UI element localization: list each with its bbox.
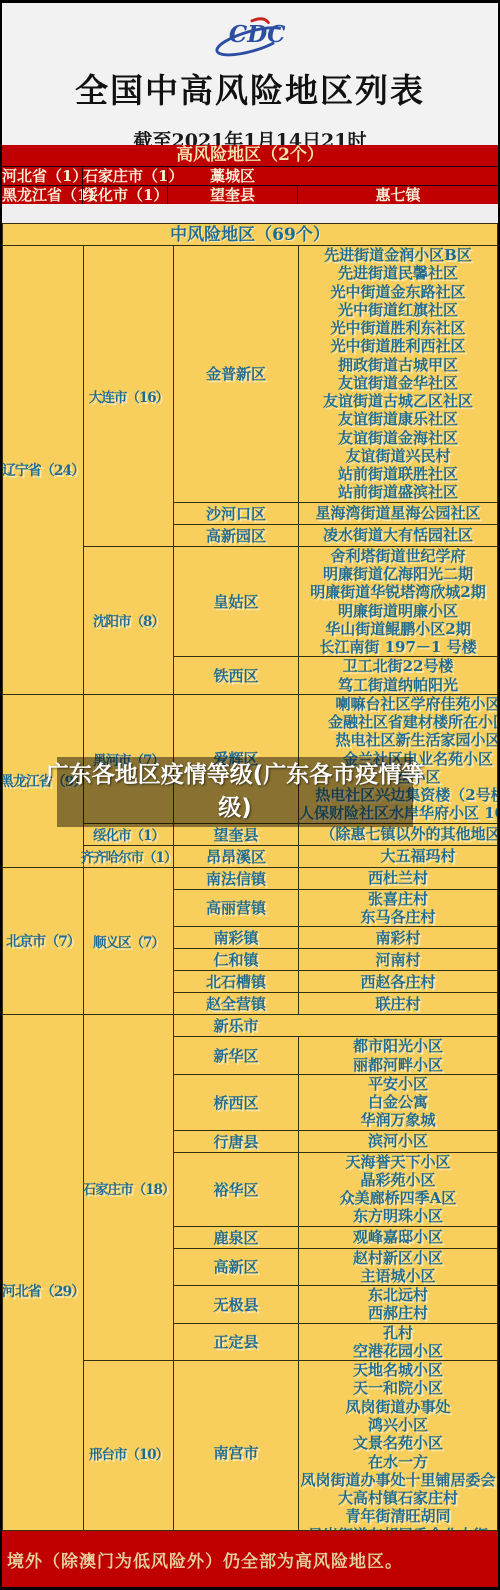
community-line: 凤岗街道办事处十里铺居委会 (299, 1471, 497, 1489)
community-line: 友谊街道金华社区 (299, 374, 497, 392)
community-line: 站前街道盛滨社区 (299, 483, 497, 501)
province-cell: 黑龙江省（1） (2, 185, 82, 204)
city-group: 大连市（16）金普新区先进街道金润小区B区先进街道民馨社区光中街道金东路社区光中… (83, 246, 497, 694)
community-line: 观峰嘉邸小区 (299, 1228, 497, 1246)
page: CDC 全国中高风险地区列表 截至2021年1月14日21时 高风险地区（2个）… (0, 0, 500, 1590)
district-row: 行唐县滨河小区 (173, 1130, 497, 1152)
community-list: 张喜庄村东马各庄村 (298, 890, 497, 927)
community-line: 华山街道鲲鹏小区2期 (299, 620, 497, 638)
community-line: 河南村 (299, 951, 497, 969)
district-row: 鹿泉区观峰嘉邸小区 (173, 1226, 497, 1248)
district-cell: 鹿泉区 (173, 1227, 298, 1248)
community-line: （除惠七镇以外的其他地区） (299, 825, 498, 843)
city-cell: 顺义区（7） (83, 868, 173, 1015)
district-cell: 沙河口区 (173, 503, 298, 524)
community-list: 天地名城小区天一和院小区凤岗街道办事处鸿兴小区文景名苑小区在水一方凤岗街道办事处… (298, 1361, 497, 1531)
community-line: 孔村 (299, 1324, 497, 1342)
community-list: 南彩村 (298, 927, 497, 948)
community-line: 热电社区新生活家园小区 (299, 731, 498, 749)
community-line: 卫工北街22号楼 (299, 657, 497, 675)
community-line: 星海湾街道星海公园社区 (299, 504, 497, 522)
district-cell: 赵全营镇 (173, 993, 298, 1014)
footer-bar: 境外（除澳门为低风险外）仍全部为高风险地区。 (2, 1531, 498, 1590)
high-risk-table: 高风险地区（2个） 河北省（1） 石家庄市（1） 藁城区 黑龙江省（1） 绥化市… (2, 145, 498, 204)
district-cell: 铁西区 (173, 657, 298, 694)
district-group: 皇姑区舍利塔街道世纪学府明廉街道亿海阳光二期明廉街道华锐塔湾欣城2期明廉街道明廉… (173, 547, 497, 694)
community-line: 先进街道金润小区B区 (299, 246, 497, 264)
city-cell: 石家庄市（1） (82, 166, 167, 185)
community-line: 明廉街道华锐塔湾欣城2期 (299, 583, 497, 601)
district-row: 北石槽镇西赵各庄村 (173, 970, 497, 992)
province-cell: 河北省（1） (2, 166, 82, 185)
community-list: 大五福玛村 (298, 846, 498, 867)
community-list: 都市阳光小区丽都河畔小区 (298, 1037, 497, 1074)
page-title: 全国中高风险地区列表 (2, 65, 498, 112)
district-row: 高新区赵村新区小区主语城小区 (173, 1248, 497, 1286)
district-row: 仁和镇河南村 (173, 948, 497, 970)
footer-note: 境外（除澳门为低风险外）仍全部为高风险地区。 (2, 1547, 403, 1572)
city-row: 邢台市（10）南宫市天地名城小区天一和院小区凤岗街道办事处鸿兴小区文景名苑小区在… (83, 1360, 497, 1531)
community-line: 友谊街道康乐社区 (299, 410, 497, 428)
community-list: 凌水街道大有恬园社区 (298, 525, 497, 546)
district-group: 南宫市天地名城小区天一和院小区凤岗街道办事处鸿兴小区文景名苑小区在水一方凤岗街道… (173, 1361, 497, 1531)
district-cell: 行唐县 (173, 1131, 298, 1152)
city-group: 石家庄市（18）新乐市新华区都市阳光小区丽都河畔小区桥西区平安小区白金公寓华润万… (83, 1015, 497, 1531)
community-line: 青年街清旺胡同 (299, 1507, 497, 1525)
city-cell: 邢台市（10） (83, 1361, 173, 1531)
district-cell: 桥西区 (173, 1075, 298, 1130)
community-line: 天一和院小区 (299, 1379, 497, 1397)
province-row: 河北省（29）石家庄市（18）新乐市新华区都市阳光小区丽都河畔小区桥西区平安小区… (3, 1014, 497, 1531)
city-row: 齐齐哈尔市（1）昂昂溪区大五福玛村 (83, 845, 498, 867)
district-row: 皇姑区舍利塔街道世纪学府明廉街道亿海阳光二期明廉街道华锐塔湾欣城2期明廉街道明廉… (173, 547, 497, 657)
district-cell: 北石槽镇 (173, 971, 298, 992)
district-cell: 南彩镇 (173, 927, 298, 948)
community-line: 光中街道红旗社区 (299, 301, 497, 319)
cdc-logo-text: CDC (229, 21, 286, 48)
district-row: 南彩镇南彩村 (173, 926, 497, 948)
city-cell: 大连市（16） (83, 246, 173, 546)
community-line: 大五福玛村 (299, 847, 498, 865)
city-row: 顺义区（7）南法信镇西杜兰村高丽营镇张喜庄村东马各庄村南彩镇南彩村仁和镇河南村北… (83, 868, 497, 1015)
community-list: 舍利塔街道世纪学府明廉街道亿海阳光二期明廉街道华锐塔湾欣城2期明廉街道明廉小区华… (298, 547, 497, 657)
community-line: 明廉街道亿海阳光二期 (299, 565, 497, 583)
district-row: 金普新区先进街道金润小区B区先进街道民馨社区光中街道金东路社区光中街道红旗社区光… (173, 246, 497, 502)
header-card: CDC 全国中高风险地区列表 截至2021年1月14日21时 (2, 3, 498, 145)
community-line: 东方明珠小区 (299, 1207, 497, 1225)
community-line: 友谊街道兴民村 (299, 447, 497, 465)
community-list: 天海誉天下小区晶彩苑小区众美廊桥四季A区东方明珠小区 (298, 1153, 497, 1226)
city-row: 大连市（16）金普新区先进街道金润小区B区先进街道民馨社区光中街道金东路社区光中… (83, 246, 497, 546)
city-cell: 石家庄市（18） (83, 1015, 173, 1360)
city-row: 沈阳市（8）皇姑区舍利塔街道世纪学府明廉街道亿海阳光二期明廉街道华锐塔湾欣城2期… (83, 546, 497, 694)
city-cell: 齐齐哈尔市（1） (83, 846, 173, 867)
cdc-logo-icon: CDC (201, 11, 300, 57)
community-line: 东北远村 (299, 1286, 497, 1304)
community-line: 光中街道金东路社区 (299, 283, 497, 301)
city-row: 石家庄市（18）新乐市新华区都市阳光小区丽都河畔小区桥西区平安小区白金公寓华润万… (83, 1015, 497, 1360)
community-line: 天海誉天下小区 (299, 1153, 497, 1171)
community-line: 晶彩苑小区 (299, 1171, 497, 1189)
community-list: 滨河小区 (298, 1131, 497, 1152)
district-cell: 望奎县 (167, 185, 297, 204)
community-line: 东马各庄村 (299, 908, 497, 926)
watermark-caption: 广东各地区疫情等级(广东各市疫情等 级) (57, 757, 413, 827)
community-line: 华润万象城 (299, 1111, 497, 1129)
community-line: 西赵各庄村 (299, 973, 497, 991)
district-cell: 新乐市 (173, 1015, 298, 1036)
community-line: 都市阳光小区 (299, 1037, 497, 1055)
district-cell: 昂昂溪区 (173, 846, 298, 867)
community-line: 张喜庄村 (299, 890, 497, 908)
district-cell: 高丽营镇 (173, 890, 298, 927)
community-line: 明廉街道明廉小区 (299, 602, 497, 620)
community-list (298, 1015, 497, 1036)
district-cell: 无极县 (173, 1286, 298, 1323)
district-cell: 正定县 (173, 1324, 298, 1361)
community-line: 拥政街道古城甲区 (299, 356, 497, 374)
community-line: 赵村新区小区 (299, 1249, 497, 1267)
community-line: 文景名苑小区 (299, 1434, 497, 1452)
community-line: 凤岗街道办事处 (299, 1398, 497, 1416)
community-list: 卫工北街22号楼笃工街道纳帕阳光 (298, 657, 497, 694)
town-cell (297, 166, 498, 185)
community-line: 鸿兴小区 (299, 1416, 497, 1434)
province-row: 北京市（7）顺义区（7）南法信镇西杜兰村高丽营镇张喜庄村东马各庄村南彩镇南彩村仁… (3, 867, 497, 1015)
community-line: 友谊街道金海社区 (299, 429, 497, 447)
community-line: 先进街道民馨社区 (299, 264, 497, 282)
community-list: 西赵各庄村 (298, 971, 497, 992)
community-line: 喇嘛台社区学府佳苑小区 (299, 695, 498, 713)
district-row: 高新园区凌水街道大有恬园社区 (173, 524, 497, 546)
community-line: 站前街道联胜社区 (299, 465, 497, 483)
community-list: 观峰嘉邸小区 (298, 1227, 497, 1248)
community-line: 在水一方 (299, 1453, 497, 1471)
district-row: 赵全营镇联庄村 (173, 992, 497, 1014)
district-cell: 新华区 (173, 1037, 298, 1074)
community-line: 平安小区 (299, 1075, 497, 1093)
city-group: 顺义区（7）南法信镇西杜兰村高丽营镇张喜庄村东马各庄村南彩镇南彩村仁和镇河南村北… (83, 868, 497, 1015)
city-cell: 沈阳市（8） (83, 547, 173, 694)
community-list: 平安小区白金公寓华润万象城 (298, 1075, 497, 1130)
community-line: 众美廊桥四季A区 (299, 1189, 497, 1207)
district-row: 南宫市天地名城小区天一和院小区凤岗街道办事处鸿兴小区文景名苑小区在水一方凤岗街道… (173, 1361, 497, 1531)
community-line: 友谊街道古城乙区社区 (299, 392, 497, 410)
community-line: 南彩村 (299, 929, 497, 947)
medium-risk-table: 辽宁省（24）大连市（16）金普新区先进街道金润小区B区先进街道民馨社区光中街道… (2, 246, 498, 1531)
community-line: 大高村镇石家庄村 (299, 1489, 497, 1507)
district-cell: 金普新区 (173, 246, 298, 502)
province-cell: 北京市（7） (3, 868, 83, 1015)
community-line: 天地名城小区 (299, 1361, 497, 1379)
district-row: 新乐市 (173, 1015, 497, 1036)
watermark-line: 级) (218, 792, 252, 825)
community-line: 丽都河畔小区 (299, 1056, 497, 1074)
district-row: 铁西区卫工北街22号楼笃工街道纳帕阳光 (173, 656, 497, 694)
medium-risk-title: 中风险地区（69个） (2, 223, 498, 246)
community-list: 西杜兰村 (298, 868, 497, 889)
district-cell: 藁城区 (167, 166, 297, 185)
community-list: 河南村 (298, 949, 497, 970)
community-line: 滨河小区 (299, 1132, 497, 1150)
community-line: 长江南街 197－1 号楼 (299, 638, 497, 656)
community-line: 光中街道胜利东社区 (299, 319, 497, 337)
community-list: 先进街道金润小区B区先进街道民馨社区光中街道金东路社区光中街道红旗社区光中街道胜… (298, 246, 497, 502)
district-group: 昂昂溪区大五福玛村 (173, 846, 498, 867)
district-row: 裕华区天海誉天下小区晶彩苑小区众美廊桥四季A区东方明珠小区 (173, 1152, 497, 1226)
community-line: 凌水街道大有恬园社区 (299, 526, 497, 544)
district-row: 沙河口区星海湾街道星海公园社区 (173, 502, 497, 524)
province-cell: 河北省（29） (3, 1015, 83, 1531)
district-row: 无极县东北远村西郝庄村 (173, 1285, 497, 1323)
district-row: 桥西区平安小区白金公寓华润万象城 (173, 1074, 497, 1130)
district-row: 南法信镇西杜兰村 (173, 868, 497, 889)
high-risk-title: 高风险地区（2个） (2, 145, 498, 166)
community-line: 主语城小区 (299, 1267, 497, 1285)
watermark-line: 广东各地区疫情等级(广东各市疫情等 (46, 759, 425, 792)
district-row: 正定县孔村空港花园小区 (173, 1323, 497, 1361)
community-line: 舍利塔街道世纪学府 (299, 547, 497, 565)
community-line: 空港花园小区 (299, 1342, 497, 1360)
community-list: 孔村空港花园小区 (298, 1324, 497, 1361)
district-group: 新乐市新华区都市阳光小区丽都河畔小区桥西区平安小区白金公寓华润万象城行唐县滨河小… (173, 1015, 497, 1360)
community-line: 笃工街道纳帕阳光 (299, 676, 497, 694)
community-line: 西杜兰村 (299, 869, 497, 887)
district-cell: 南法信镇 (173, 868, 298, 889)
community-line: 光中街道胜利西社区 (299, 337, 497, 355)
community-line: 联庄村 (299, 995, 497, 1013)
community-line: 白金公寓 (299, 1093, 497, 1111)
community-line: 金融社区省建材楼所在小区 (299, 713, 498, 731)
district-cell: 仁和镇 (173, 949, 298, 970)
community-list: 东北远村西郝庄村 (298, 1286, 497, 1323)
province-row: 辽宁省（24）大连市（16）金普新区先进街道金润小区B区先进街道民馨社区光中街道… (3, 246, 497, 694)
district-cell: 裕华区 (173, 1153, 298, 1226)
community-list: 联庄村 (298, 993, 497, 1014)
community-list: 赵村新区小区主语城小区 (298, 1249, 497, 1286)
district-row: 昂昂溪区大五福玛村 (173, 846, 498, 867)
community-list: 星海湾街道星海公园社区 (298, 503, 497, 524)
city-cell: 绥化市（1） (82, 185, 167, 204)
town-cell: 惠七镇 (297, 185, 498, 204)
district-group: 金普新区先进街道金润小区B区先进街道民馨社区光中街道金东路社区光中街道红旗社区光… (173, 246, 497, 546)
district-group: 南法信镇西杜兰村高丽营镇张喜庄村东马各庄村南彩镇南彩村仁和镇河南村北石槽镇西赵各… (173, 868, 497, 1015)
district-cell: 南宫市 (173, 1361, 298, 1531)
community-line: 西郝庄村 (299, 1304, 497, 1322)
district-cell: 高新区 (173, 1249, 298, 1286)
section-divider (2, 204, 498, 223)
district-cell: 高新园区 (173, 525, 298, 546)
district-row: 高丽营镇张喜庄村东马各庄村 (173, 889, 497, 927)
district-row: 新华区都市阳光小区丽都河畔小区 (173, 1036, 497, 1074)
province-cell: 辽宁省（24） (3, 246, 83, 694)
district-cell: 皇姑区 (173, 547, 298, 657)
